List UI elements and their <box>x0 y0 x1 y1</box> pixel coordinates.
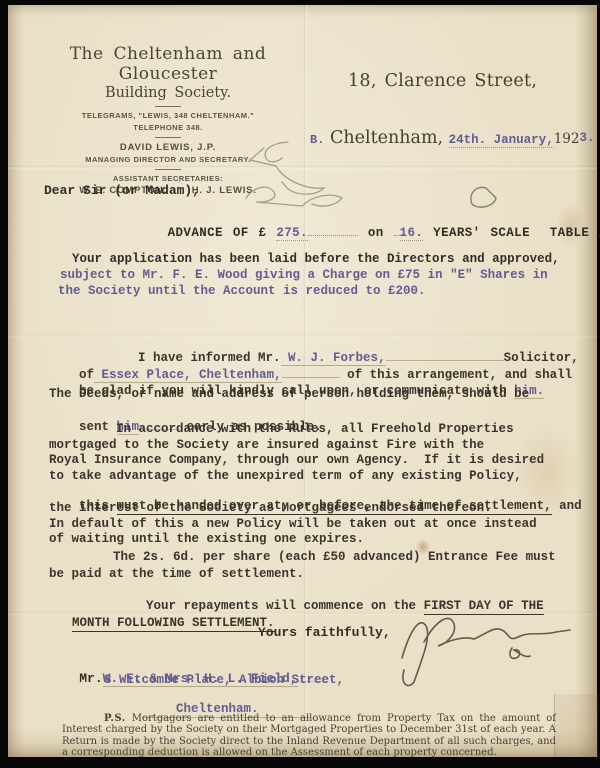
advance-label-on: on <box>358 226 394 240</box>
letterhead-divider <box>155 137 181 138</box>
body-line-typed: the Society until the Account is reduced… <box>58 284 426 298</box>
sender-street: 18, Clarence Street, <box>348 71 537 91</box>
body-line: be paid at the time of settlement. <box>49 567 304 581</box>
advance-label-amount: ADVANCE OF £ <box>168 226 277 240</box>
body-line: Your application has been laid before th… <box>72 252 560 266</box>
scanned-letter-photo: The Cheltenham and Gloucester Building S… <box>0 0 600 768</box>
body-line: mortgaged to the Society are insured aga… <box>49 438 484 452</box>
body-line: to take advantage of the unexpired term … <box>49 469 522 483</box>
telegrams-line: TELEGRAMS, "LEWIS, 348 CHELTENHAM." <box>18 111 318 120</box>
advance-amount-typed: 275. <box>276 226 308 241</box>
printed-text: and <box>552 499 582 513</box>
printed-text: sent <box>79 420 117 434</box>
printed-year: 192 <box>554 131 580 147</box>
postscript: P.S. Mortgagors are entitled to an allow… <box>62 713 556 758</box>
valediction: Yours faithfully, <box>258 625 391 640</box>
letterhead-divider <box>155 106 181 107</box>
body-line: In accordance with the Rules, all Freeho… <box>116 422 514 436</box>
body-line: In default of this a new Policy will be … <box>49 517 537 531</box>
body-line: Royal Insurance Company, through our own… <box>49 453 544 467</box>
underlined-text: MONTH FOLLOWING SETTLEMENT. <box>72 616 275 632</box>
body-line: MONTH FOLLOWING SETTLEMENT. <box>42 602 275 644</box>
typed-year-digit: 3. <box>579 131 594 145</box>
telephone-line: TELEPHONE 348. <box>18 123 318 132</box>
paper-corner-fold <box>554 694 598 757</box>
body-line-typed: subject to Mr. F. E. Wood giving a Charg… <box>60 268 548 282</box>
printed-text: Mr. <box>79 671 102 686</box>
body-line: The Deeds, or name and address of person… <box>49 387 529 401</box>
postscript-text: Mortgagors are entitled to an allowance … <box>62 713 556 758</box>
advance-years-typed: 16. <box>400 226 424 241</box>
body-line: the interest of the Society as Mortgagee… <box>49 501 492 515</box>
body-line: of waiting until the existing one expire… <box>49 532 364 546</box>
signature-scrawl <box>384 596 584 691</box>
pencil-doodle-small <box>462 180 508 214</box>
letterhead-divider <box>155 169 181 170</box>
postscript-label: P.S. <box>104 713 126 724</box>
salutation: Dear Sir (or Madam), <box>44 183 200 198</box>
advance-label-scale: YEARS' SCALE TABLE <box>423 226 599 240</box>
advance-line: ADVANCE OF £ 275. on 16. YEARS' SCALE TA… <box>128 211 600 254</box>
recipient-line2: 8 Witcombe Place, Albion Street, <box>104 673 344 687</box>
society-name-line2: Building Society. <box>18 85 318 101</box>
body-line: The 2s. 6d. per share (each £50 advanced… <box>113 550 556 564</box>
society-name-line1: The Cheltenham and Gloucester <box>18 44 318 84</box>
